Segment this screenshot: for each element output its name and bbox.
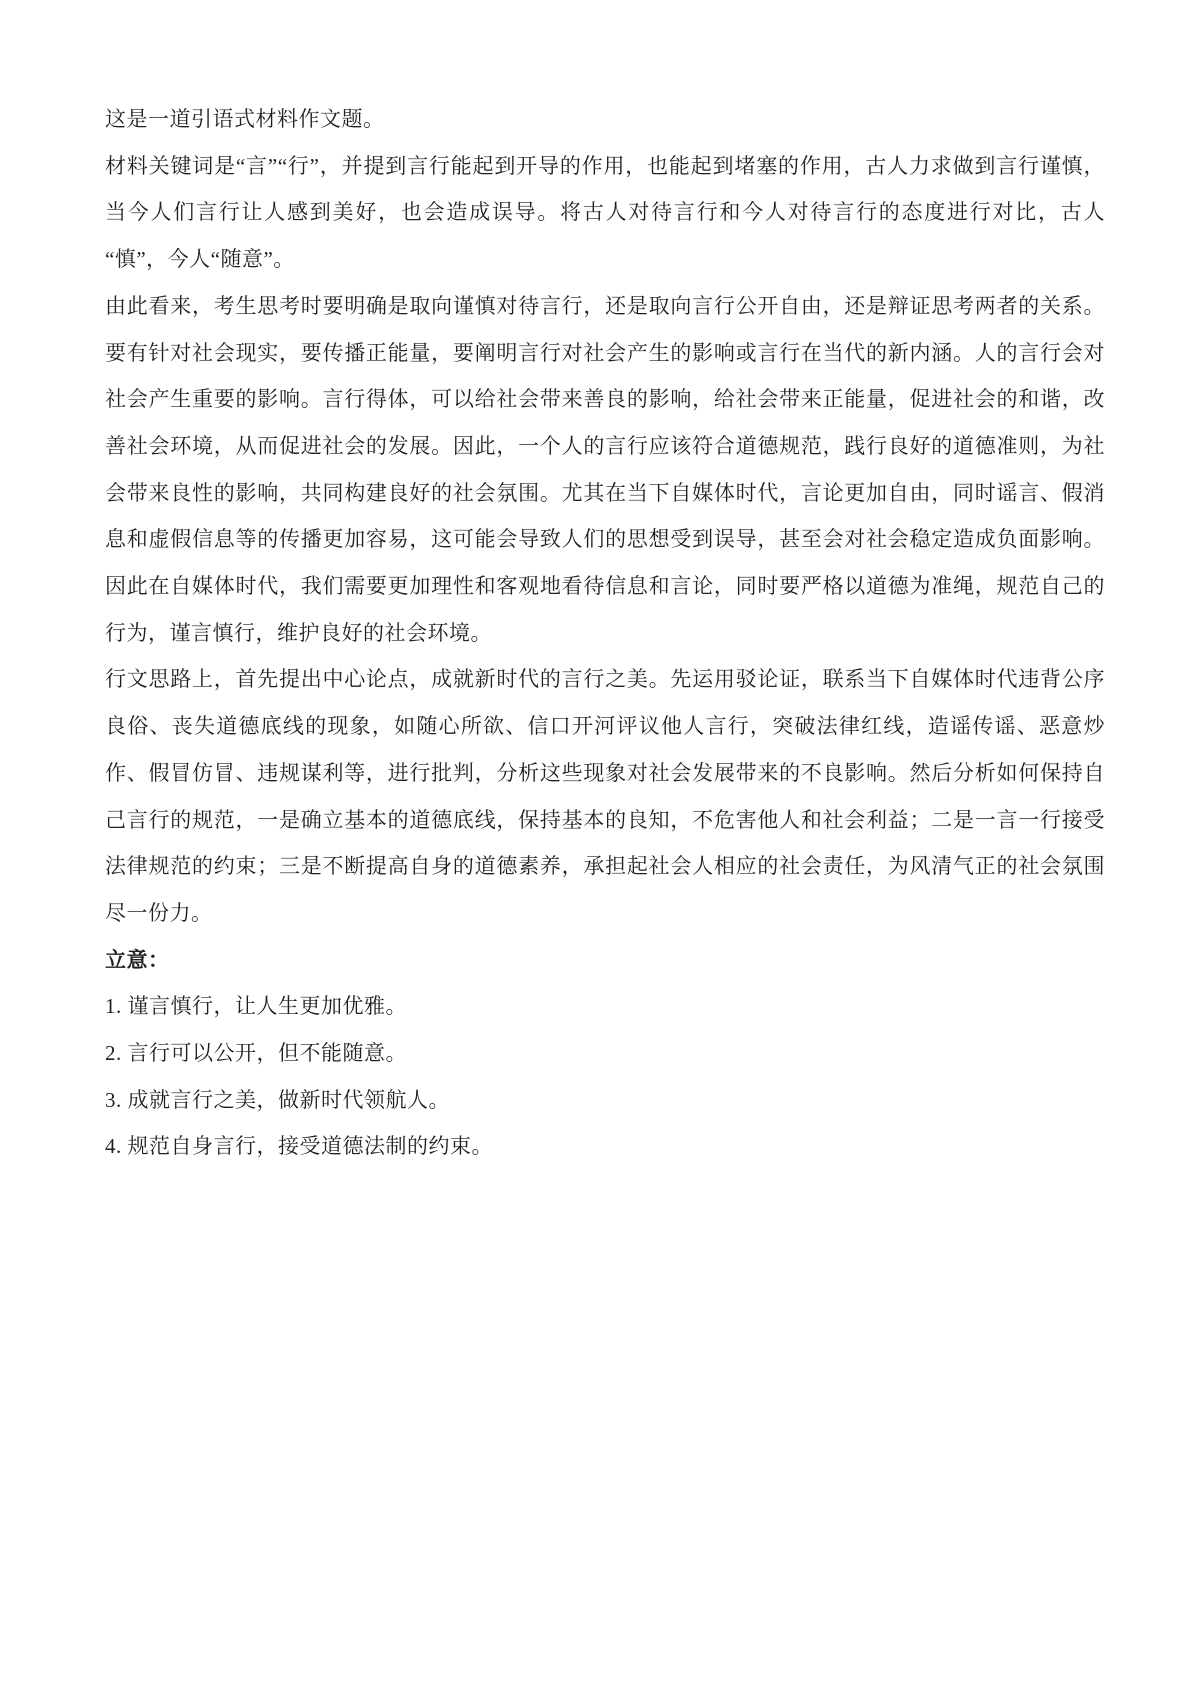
list-item-1: 1. 谨言慎行，让人生更加优雅。	[105, 983, 1105, 1030]
liyi-heading: 立意：	[105, 937, 1105, 984]
list-item-3: 3. 成就言行之美，做新时代领航人。	[105, 1077, 1105, 1124]
paragraph-material-keywords: 材料关键词是“言”“行”，并提到言行能起到开导的作用，也能起到堵塞的作用，古人力…	[105, 143, 1105, 283]
paragraph-writing-outline: 行文思路上，首先提出中心论点，成就新时代的言行之美。先运用驳论证，联系当下自媒体…	[105, 656, 1105, 936]
paragraph-intro: 这是一道引语式材料作文题。	[105, 96, 1105, 143]
paragraph-analysis: 由此看来，考生思考时要明确是取向谨慎对待言行，还是取向言行公开自由，还是辩证思考…	[105, 283, 1105, 657]
document-content: 这是一道引语式材料作文题。 材料关键词是“言”“行”，并提到言行能起到开导的作用…	[105, 96, 1105, 1170]
list-item-4: 4. 规范自身言行，接受道德法制的约束。	[105, 1123, 1105, 1170]
list-item-2: 2. 言行可以公开，但不能随意。	[105, 1030, 1105, 1077]
document-page: 这是一道引语式材料作文题。 材料关键词是“言”“行”，并提到言行能起到开导的作用…	[0, 0, 1200, 1698]
